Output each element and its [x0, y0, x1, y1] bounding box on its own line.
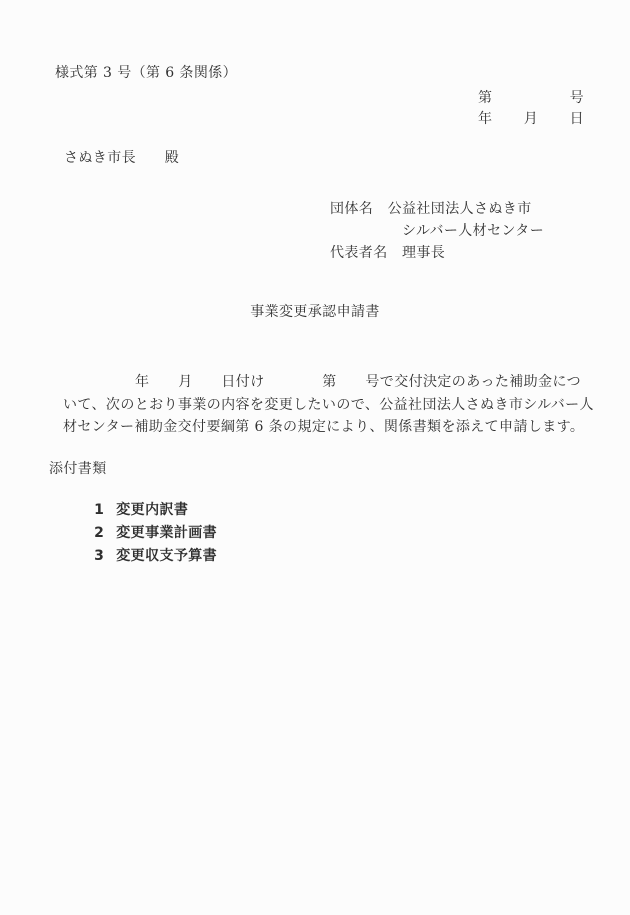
body-paragraph-line-1: 年 月 日付け 第 号で交付決定のあった補助金につ — [63, 374, 581, 390]
date-month-label: 月 — [524, 111, 538, 127]
attachment-item: 3変更収支予算書 — [73, 532, 217, 580]
applicant-org-name-line2: シルバー人材センター — [330, 223, 544, 239]
addressee-line: さぬき市長 殿 — [64, 150, 179, 166]
document-title: 事業変更承認申請書 — [0, 304, 630, 320]
applicant-org-name-line1: 団体名 公益社団法人さぬき市 — [330, 201, 532, 217]
attachment-item-number: 3 — [94, 548, 104, 564]
form-number-label: 様式第 3 号（第 6 条関係） — [55, 65, 237, 81]
body-paragraph-line-3: 材センター補助金交付要綱第 6 条の規定により、関係書類を添えて申請します。 — [63, 419, 584, 435]
document-page: 様式第 3 号（第 6 条関係） 第 号 年 月 日 さぬき市長 殿 団体名 公… — [0, 0, 630, 915]
issue-number-line: 第 号 — [478, 90, 584, 106]
attachment-item-label: 変更収支予算書 — [116, 548, 217, 564]
issue-number-suffix: 号 — [570, 90, 584, 106]
attachments-heading: 添付書類 — [49, 461, 107, 477]
date-day-label: 日 — [570, 111, 584, 127]
body-paragraph-line-2: いて、次のとおり事業の内容を変更したいので、公益社団法人さぬき市シルバー人 — [63, 397, 594, 413]
issue-number-prefix: 第 — [478, 90, 492, 106]
date-year-label: 年 — [478, 111, 492, 127]
date-line: 年 月 日 — [478, 111, 584, 127]
applicant-representative-line: 代表者名 理事長 — [330, 245, 445, 261]
